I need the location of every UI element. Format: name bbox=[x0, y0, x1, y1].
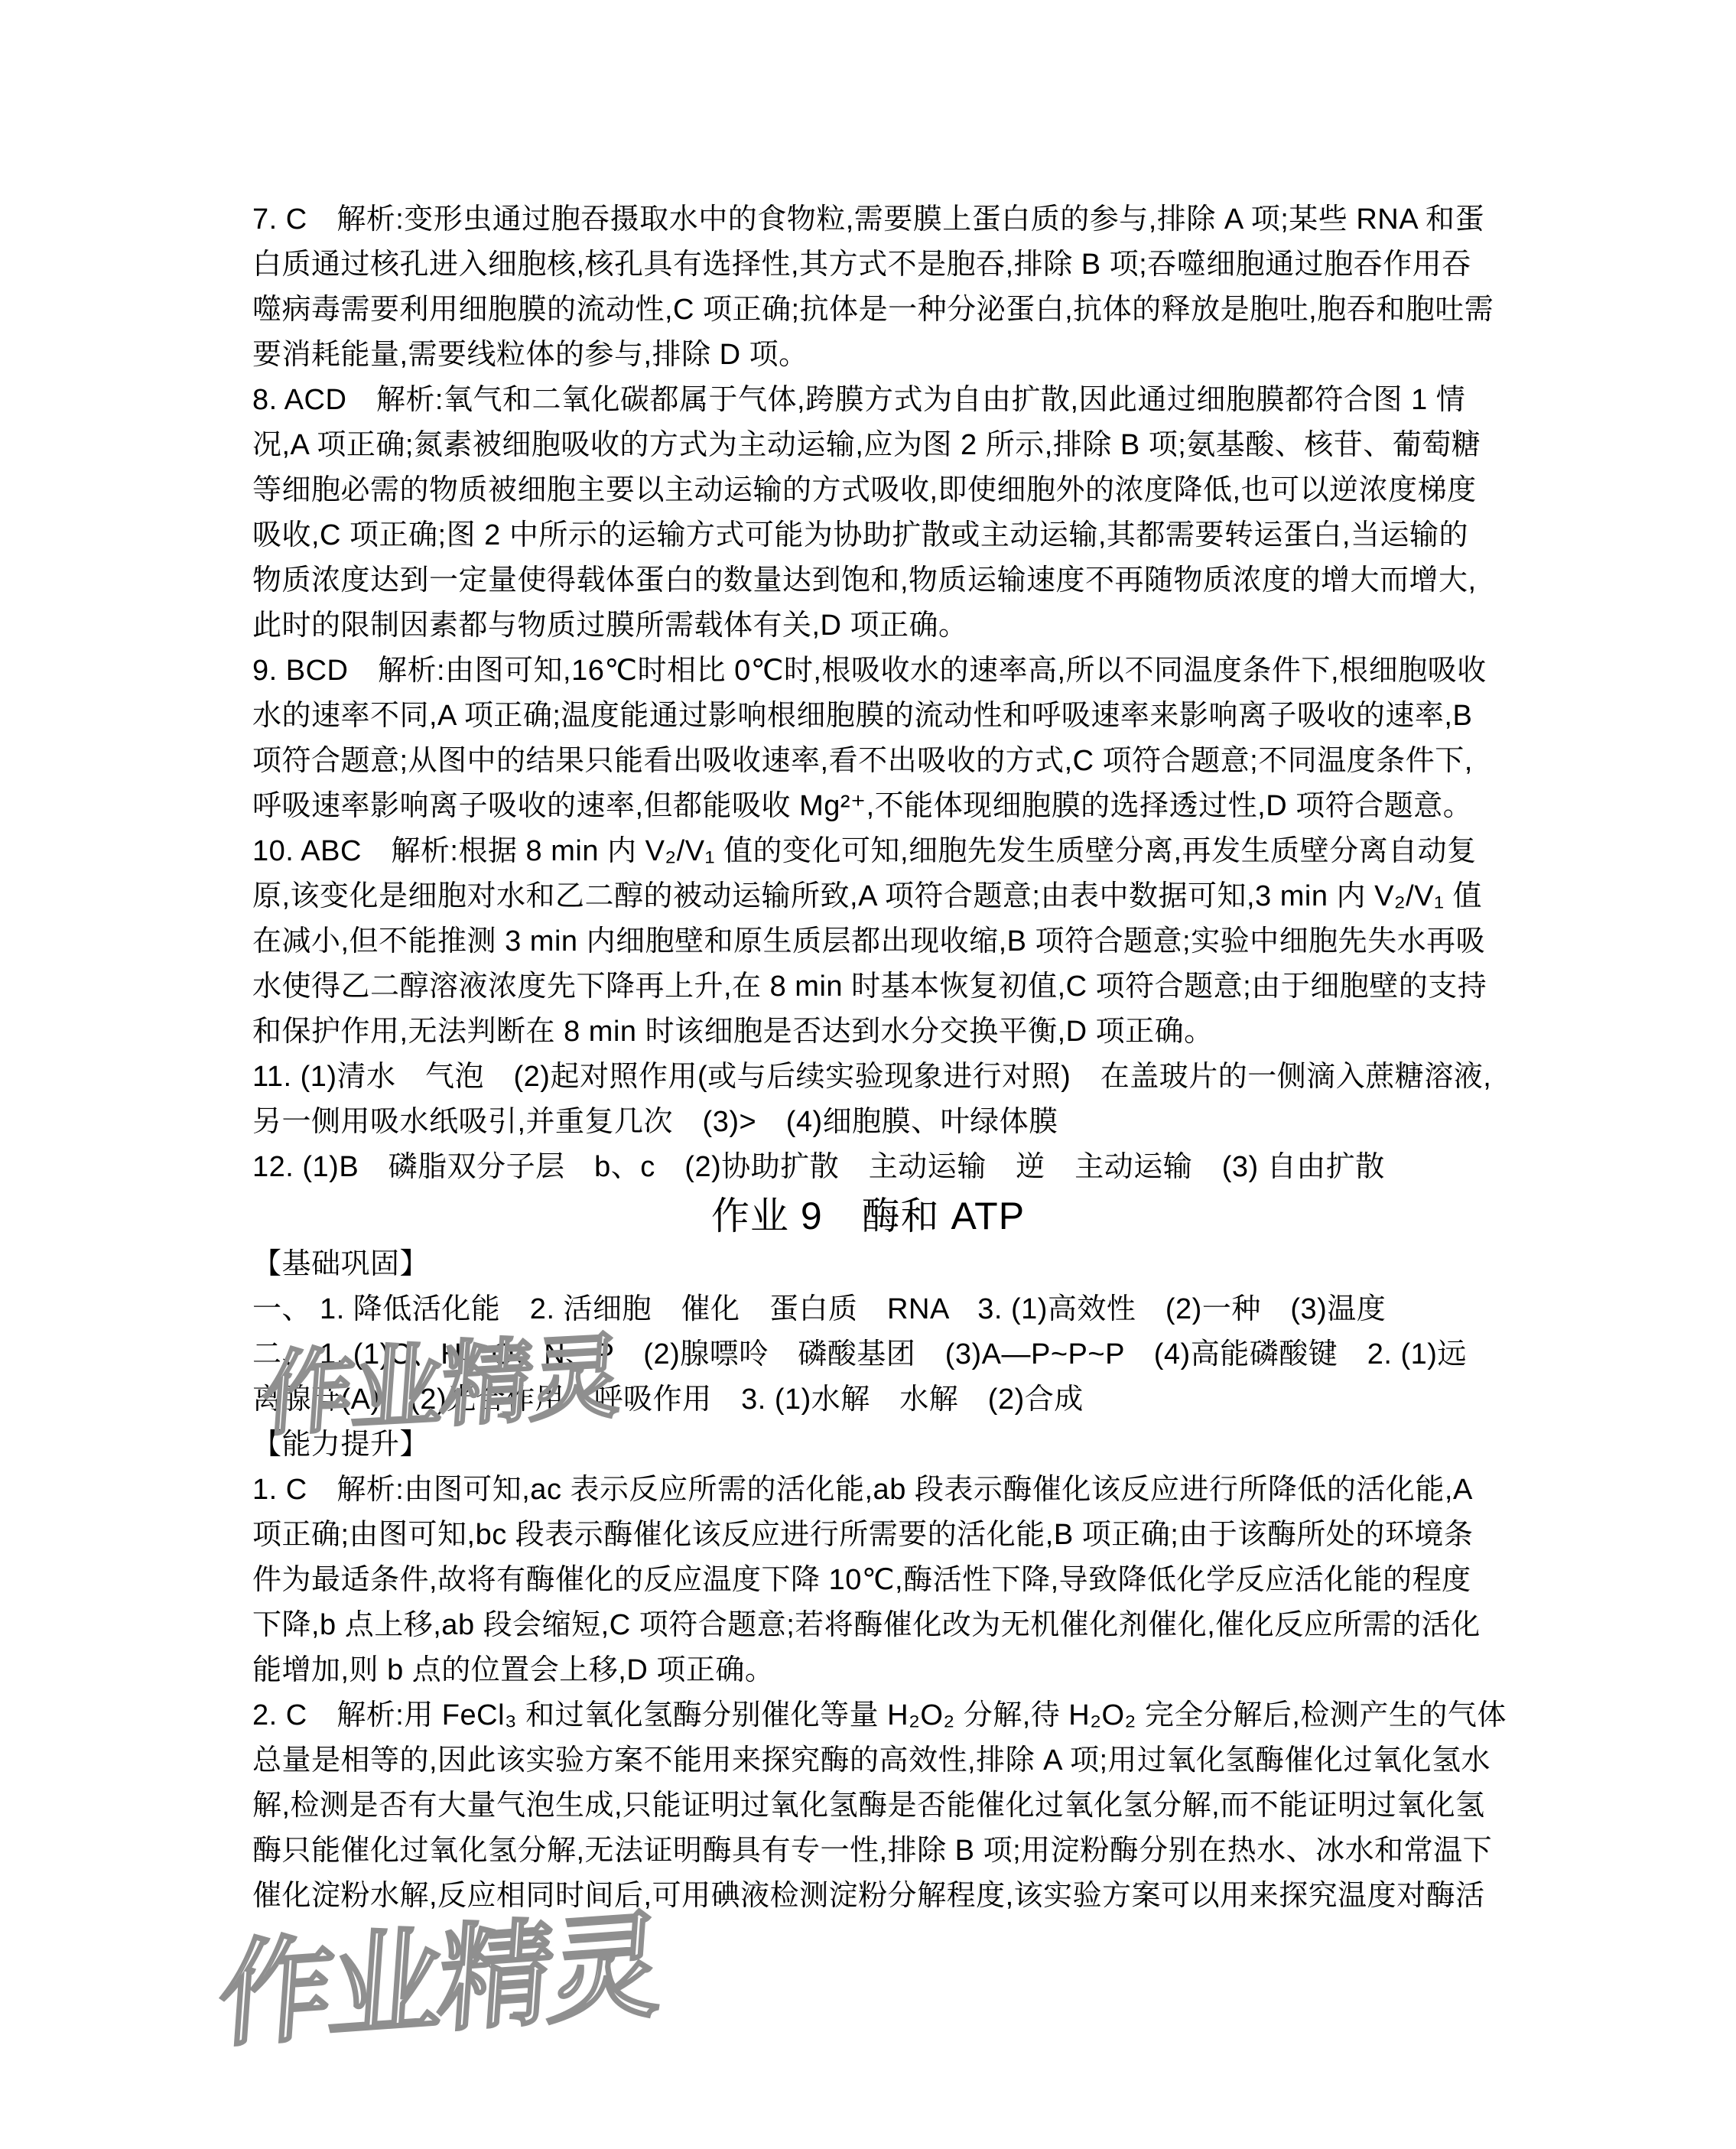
text-line: 一、 1. 降低活化能 2. 活细胞 催化 蛋白质 RNA 3. (1)高效性 … bbox=[252, 1287, 1484, 1332]
text-line: 项正确;由图可知,bc 段表示酶催化该反应进行所需要的活化能,B 项正确;由于该… bbox=[252, 1513, 1484, 1558]
text-line: 能增加,则 b 点的位置会上移,D 项正确。 bbox=[252, 1648, 1484, 1693]
text-line: 2. C 解析:用 FeCl₃ 和过氧化氢酶分别催化等量 H₂O₂ 分解,待 H… bbox=[252, 1693, 1484, 1738]
text-line: 此时的限制因素都与物质过膜所需载体有关,D 项正确。 bbox=[252, 603, 1484, 649]
text-line: 等细胞必需的物质被细胞主要以主动运输的方式吸收,即使细胞外的浓度降低,也可以逆浓… bbox=[252, 468, 1484, 513]
text-line: 水的速率不同,A 项正确;温度能通过影响根细胞膜的流动性和呼吸速率来影响离子吸收… bbox=[252, 694, 1484, 739]
text-line: 7. C 解析:变形虫通过胞吞摄取水中的食物粒,需要膜上蛋白质的参与,排除 A … bbox=[252, 197, 1484, 242]
text-line: 吸收,C 项正确;图 2 中所示的运输方式可能为协助扩散或主动运输,其都需要转运… bbox=[252, 513, 1484, 558]
text-line: 另一侧用吸水纸吸引,并重复几次 (3)> (4)细胞膜、叶绿体膜 bbox=[252, 1100, 1484, 1145]
text-line: 要消耗能量,需要线粒体的参与,排除 D 项。 bbox=[252, 333, 1484, 378]
text-line: 呼吸速率影响离子吸收的速率,但都能吸收 Mg²⁺,不能体现细胞膜的选择透过性,D… bbox=[252, 784, 1484, 829]
answer-key-page: 7. C 解析:变形虫通过胞吞摄取水中的食物粒,需要膜上蛋白质的参与,排除 A … bbox=[0, 0, 1736, 2149]
text-line: 和保护作用,无法判断在 8 min 时该细胞是否达到水分交换平衡,D 项正确。 bbox=[252, 1009, 1484, 1055]
text-line: 水使得乙二醇溶液浓度先下降再上升,在 8 min 时基本恢复初值,C 项符合题意… bbox=[252, 964, 1484, 1009]
text-line: 8. ACD 解析:氧气和二氧化碳都属于气体,跨膜方式为自由扩散,因此通过细胞膜… bbox=[252, 378, 1484, 423]
text-line: 总量是相等的,因此该实验方案不能用来探究酶的高效性,排除 A 项;用过氧化氢酶催… bbox=[252, 1738, 1484, 1783]
text-line: 解,检测是否有大量气泡生成,只能证明过氧化氢酶是否能催化过氧化氢分解,而不能证明… bbox=[252, 1783, 1484, 1829]
text-line: 酶只能催化过氧化氢分解,无法证明酶具有专一性,排除 B 项;用淀粉酶分别在热水、… bbox=[252, 1829, 1484, 1874]
text-line: 【基础巩固】 bbox=[252, 1242, 1484, 1287]
answer-content: 7. C 解析:变形虫通过胞吞摄取水中的食物粒,需要膜上蛋白质的参与,排除 A … bbox=[252, 197, 1484, 1919]
text-line: 离腺苷(A) (2)光合作用 呼吸作用 3. (1)水解 水解 (2)合成 bbox=[252, 1377, 1484, 1422]
text-line: 物质浓度达到一定量使得载体蛋白的数量达到饱和,物质运输速度不再随物质浓度的增大而… bbox=[252, 558, 1484, 603]
text-line: 【能力提升】 bbox=[252, 1422, 1484, 1468]
section-heading: 作业 9 酶和 ATP bbox=[252, 1190, 1484, 1242]
text-line: 原,该变化是细胞对水和乙二醇的被动运输所致,A 项符合题意;由表中数据可知,3 … bbox=[252, 874, 1484, 919]
text-line: 项符合题意;从图中的结果只能看出吸收速率,看不出吸收的方式,C 项符合题意;不同… bbox=[252, 739, 1484, 784]
text-line: 催化淀粉水解,反应相同时间后,可用碘液检测淀粉分解程度,该实验方案可以用来探究温… bbox=[252, 1874, 1484, 1919]
text-line: 白质通过核孔进入细胞核,核孔具有选择性,其方式不是胞吞,排除 B 项;吞噬细胞通… bbox=[252, 242, 1484, 288]
text-line: 况,A 项正确;氮素被细胞吸收的方式为主动运输,应为图 2 所示,排除 B 项;… bbox=[252, 423, 1484, 468]
text-line: 11. (1)清水 气泡 (2)起对照作用(或与后续实验现象进行对照) 在盖玻片… bbox=[252, 1055, 1484, 1100]
text-line: 二、 1. (1)C、H、O、N、P (2)腺嘌呤 磷酸基团 (3)A—P~P~… bbox=[252, 1332, 1484, 1377]
text-line: 下降,b 点上移,ab 段会缩短,C 项符合题意;若将酶催化改为无机催化剂催化,… bbox=[252, 1603, 1484, 1648]
text-line: 10. ABC 解析:根据 8 min 内 V₂/V₁ 值的变化可知,细胞先发生… bbox=[252, 829, 1484, 874]
text-line: 9. BCD 解析:由图可知,16℃时相比 0℃时,根吸收水的速率高,所以不同温… bbox=[252, 649, 1484, 694]
text-line: 噬病毒需要利用细胞膜的流动性,C 项正确;抗体是一种分泌蛋白,抗体的释放是胞吐,… bbox=[252, 288, 1484, 333]
text-line: 件为最适条件,故将有酶催化的反应温度下降 10℃,酶活性下降,导致降低化学反应活… bbox=[252, 1558, 1484, 1603]
text-line: 在减小,但不能推测 3 min 内细胞壁和原生质层都出现收缩,B 项符合题意;实… bbox=[252, 919, 1484, 964]
text-line: 1. C 解析:由图可知,ac 表示反应所需的活化能,ab 段表示酶催化该反应进… bbox=[252, 1468, 1484, 1513]
text-line: 12. (1)B 磷脂双分子层 b、c (2)协助扩散 主动运输 逆 主动运输 … bbox=[252, 1145, 1484, 1190]
